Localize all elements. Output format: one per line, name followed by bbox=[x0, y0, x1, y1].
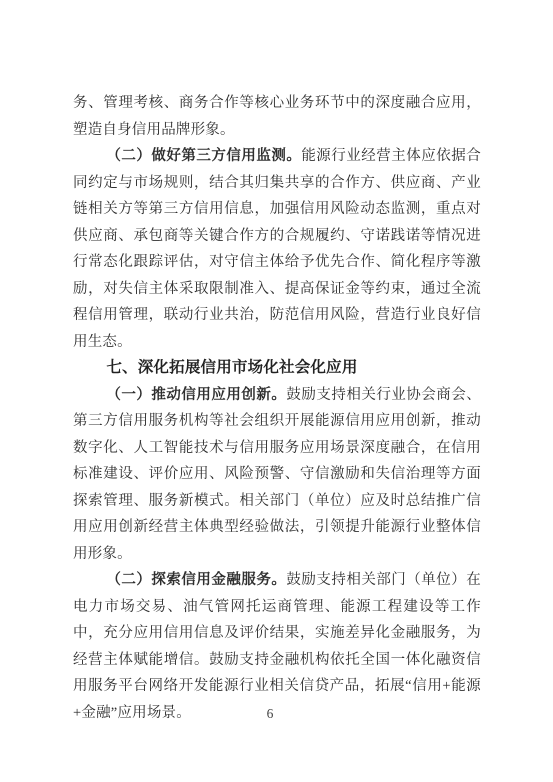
paragraph-credit-application: （一）推动信用应用创新。鼓励支持相关行业协会商会、第三方信用服务机构等社会组织开… bbox=[73, 382, 481, 568]
paragraph-text: 能源行业经营主体应依据合同约定与市场规则，结合其归集共享的合作方、供应商、产业链… bbox=[73, 148, 481, 350]
paragraph-credit-monitoring: （二）做好第三方信用监测。能源行业经营主体应依据合同约定与市场规则，结合其归集共… bbox=[73, 143, 481, 355]
document-content: 务、管理考核、商务合作等核心业务环节中的深度融合应用，塑造自身信用品牌形象。 （… bbox=[73, 90, 481, 726]
paragraph-text: 鼓励支持相关行业协会商会、第三方信用服务机构等社会组织开展能源信用应用创新，推动… bbox=[73, 387, 481, 562]
paragraph-continuation: 务、管理考核、商务合作等核心业务环节中的深度融合应用，塑造自身信用品牌形象。 bbox=[73, 90, 481, 143]
section-heading: 七、深化拓展信用市场化社会化应用 bbox=[73, 355, 481, 382]
paragraph-lead: （二）做好第三方信用监测。 bbox=[106, 148, 301, 164]
paragraph-credit-finance: （二）探索信用金融服务。鼓励支持相关部门（单位）在电力市场交易、油气管网托运商管… bbox=[73, 567, 481, 726]
page-number: 6 bbox=[0, 706, 540, 722]
paragraph-lead: （一）推动信用应用创新。 bbox=[106, 387, 286, 403]
paragraph-text: 鼓励支持相关部门（单位）在电力市场交易、油气管网托运商管理、能源工程建设等工作中… bbox=[73, 572, 481, 721]
paragraph-lead: （二）探索信用金融服务。 bbox=[106, 572, 286, 588]
document-page: 务、管理考核、商务合作等核心业务环节中的深度融合应用，塑造自身信用品牌形象。 （… bbox=[0, 0, 553, 782]
